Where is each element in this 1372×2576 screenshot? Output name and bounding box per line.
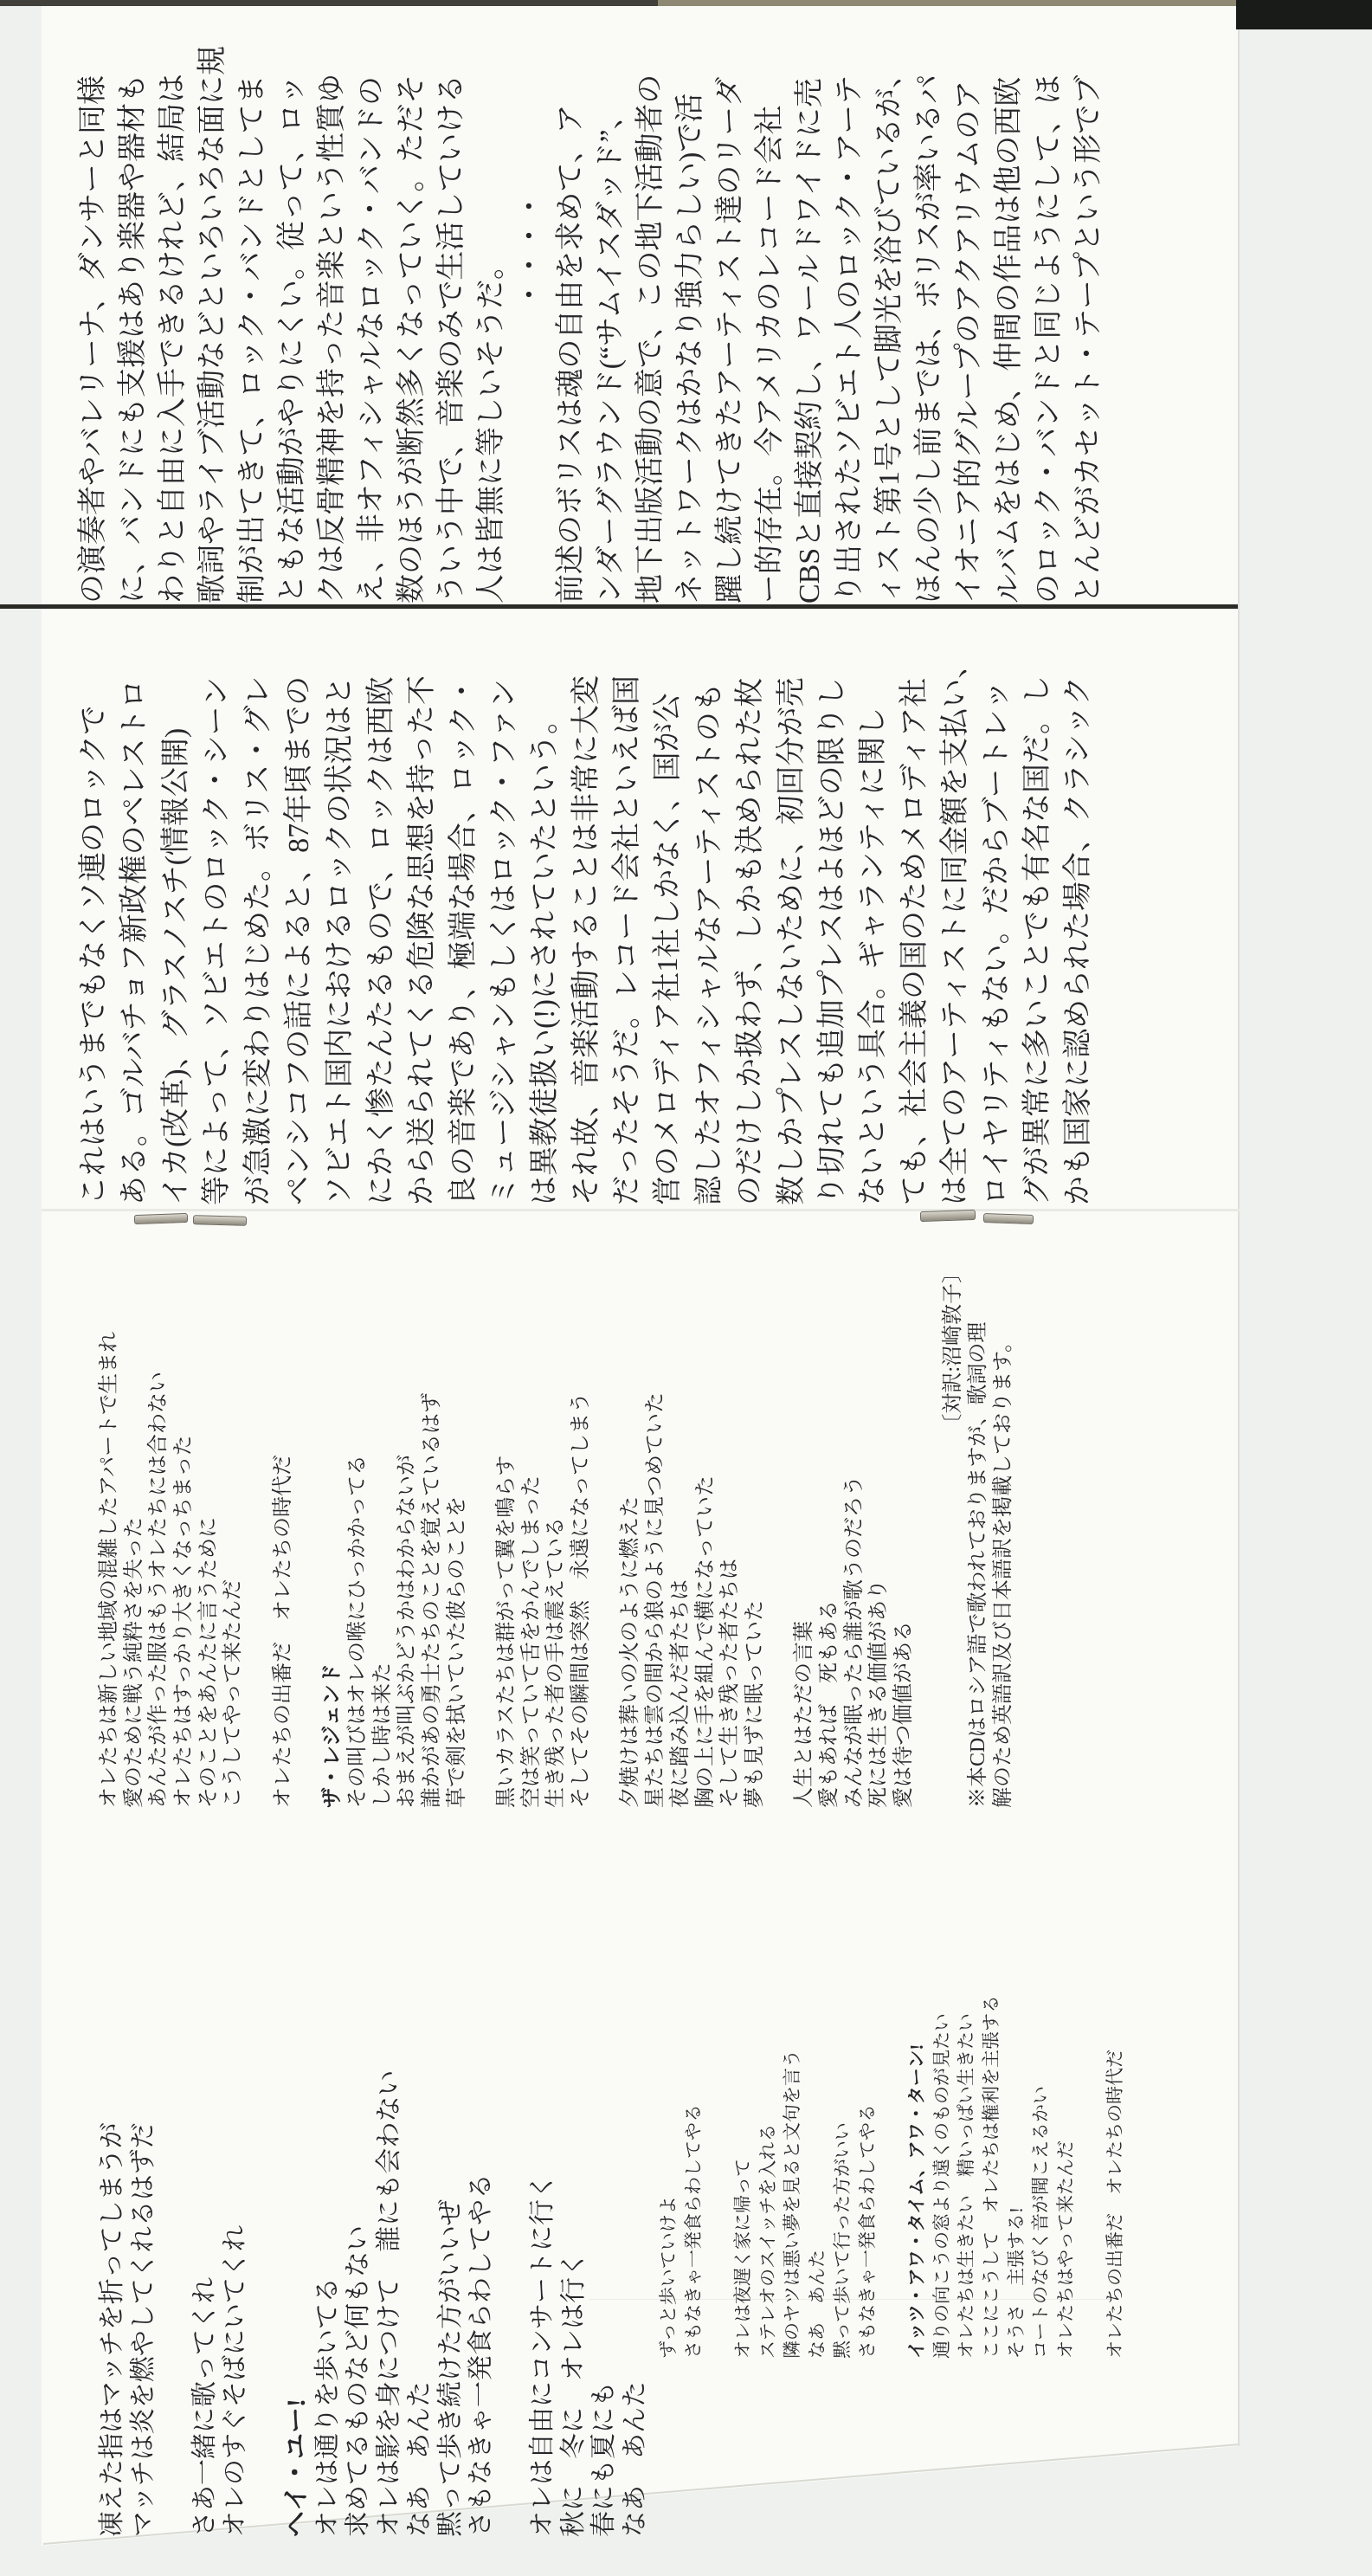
song-title-line: ヘイ・ユー!	[281, 1935, 312, 2537]
text-line: あんたが作った服はもうオレたちには合わない	[146, 1262, 171, 1808]
text-line: 愛もあれば 死もある	[817, 1262, 842, 1808]
text-line: オレたちは生きたい 精いっぱい生きたい	[954, 1938, 979, 2359]
text-line	[251, 1935, 282, 2537]
text-line: 認したオフィシャルなアーティストのも	[689, 621, 730, 1205]
page7-notes-text: の演奏者やバレリーナ、ダンサーと同様に、バンドにも支援はあり楽器や器材もわりと自…	[74, 65, 1109, 604]
scan-top-edge-tan	[658, 0, 1236, 6]
text-line: 愛は待つ価値がある	[892, 1262, 917, 1808]
text-line: そしてその瞬間は突然 永遠になってしまう	[569, 1262, 594, 1808]
text-line	[469, 1262, 494, 1808]
text-line: ステレオのスイッチを入れる	[756, 1938, 781, 2359]
scanned-booklet-page: { "document": { "type": "scanned CD book…	[0, 0, 1372, 2576]
text-line	[705, 1938, 731, 2359]
text-line: それ故、音楽活動することは非常に大変	[566, 621, 607, 1205]
text-line: 誰かがあの勇士たちのことを覚えているはず	[420, 1262, 445, 1808]
text-line: 秋に 冬に オレは行く	[558, 1935, 589, 2537]
scan-top-edge-dark	[0, 0, 658, 6]
text-line: ほんの少し前までは、ボリスが率いるパ	[910, 65, 950, 604]
text-line: ともな活動がやりにくい。従って、ロッ	[273, 65, 312, 604]
sheet-right-seam	[1238, 29, 1240, 2446]
text-line: り出されたソビエト人のロック・アーテ	[830, 65, 870, 604]
text-line: オレのすぐそばにいてくれ	[220, 1935, 251, 2537]
lyrics-column1-right-text: ずっと歩いていけよさもなきゃ一発食らわしてやる オレは夜遅く家に帰ってステレオの…	[656, 1938, 1129, 2359]
text-line: さもなきゃ一発食らわしてやる	[466, 1935, 497, 2537]
text-line: は全てのアーティストに同金額を支払い、	[935, 621, 976, 1205]
text-line: クは反骨精神を持った音楽という性質ゆ	[312, 65, 352, 604]
staple	[983, 1213, 1034, 1224]
staple	[193, 1215, 247, 1226]
text-line: 人は皆無に等しいそうだ。	[472, 65, 512, 604]
text-line: ここにこうして オレたちは権利を主張する	[979, 1938, 1004, 2359]
text-line: ペンシコフの話によると、87年頃までの	[279, 621, 319, 1205]
text-line: 数のほうが断然多くなっていく。ただそ	[392, 65, 432, 604]
text-line: 生き残った者の手は震えている	[544, 1262, 569, 1808]
text-line: 夢も見ずに眠っていた	[743, 1262, 768, 1808]
text-line: オレは自由にコンサートに行く	[527, 1935, 558, 2537]
text-line: 歌詞やライブ活動などといろいろな面に規	[193, 65, 233, 604]
text-line: 春にも夏にも	[589, 1935, 620, 2537]
text-line: ー的存在。今アメリカのレコード会社	[750, 65, 790, 604]
text-line: おまえが叫ぶかどうかはわからないが	[395, 1262, 420, 1808]
text-line: にかく惨たんたるもので、ロックは西欧	[361, 621, 402, 1205]
text-line	[158, 1935, 190, 2537]
text-line: こうしてやって来たんだ	[221, 1262, 246, 1808]
text-line: これはいうまでもなくソ連のロックで	[74, 621, 114, 1205]
text-line: オレは影を身につけて 誰にも会わない	[374, 1935, 405, 2537]
text-line	[497, 1935, 528, 2537]
text-line: ういう中で、音楽のみで生活していける	[432, 65, 472, 604]
staple	[134, 1213, 188, 1224]
text-line: さもなきゃ一発食らわしてやる	[681, 1938, 706, 2359]
text-line: そのことをあんたに言うために	[196, 1262, 222, 1808]
text-line: 黙って歩き続けた方がいいぜ	[435, 1935, 467, 2537]
text-line: のロック・バンドと同じようにして、ほ	[1029, 65, 1069, 604]
text-line: ずっと歩いていけよ	[656, 1938, 681, 2359]
fold-shadow	[42, 1209, 1240, 1211]
lyrics-column2-text: オレたちは新しい地域の混雑したアパートで生まれ愛のために戦う純粋さを失ったあんた…	[97, 1262, 1016, 1808]
text-line: のだけしか扱わず、しかも決められた枚	[730, 621, 770, 1205]
text-line: なあ あんた	[620, 1935, 651, 2537]
text-line: とんどがカセット・テープという形でブ	[1069, 65, 1109, 604]
text-line: 空は笑っていて舌をかんでしまった	[519, 1262, 544, 1808]
text-line: 求めてるものなど何もない	[343, 1935, 374, 2537]
text-line: 黙って歩いて行った方がいい	[830, 1938, 855, 2359]
text-line: しかし時は来た	[370, 1262, 396, 1808]
text-line	[1079, 1938, 1104, 2359]
text-line: なあ あんた	[404, 1935, 435, 2537]
text-line: 躍し続けてきたアーティスト達のリーダ	[711, 65, 750, 604]
text-line	[879, 1938, 905, 2359]
text-line: 制が出てきて、ロック・バンドとしてま	[233, 65, 273, 604]
text-line: 人生とはただの言葉	[792, 1262, 817, 1808]
text-line: 凍えた指はマッチを折ってしまうが	[97, 1935, 128, 2537]
text-line: グが異常に多いことでも有名な国だ。し	[1017, 621, 1058, 1205]
text-line: みんなが眠ったら誰が歌うのだろう	[842, 1262, 867, 1808]
text-line: が急激に変わりはじめた。ボリス・グレ	[238, 621, 279, 1205]
text-line: ロイヤリティもない。だからブートレッ	[976, 621, 1017, 1205]
text-line: だったそうだ。レコード会社といえば国	[607, 621, 647, 1205]
text-line: オレは夜遅く家に帰って	[731, 1938, 756, 2359]
scan-corner-black-strip	[1236, 0, 1372, 29]
text-line: そして生き残った者たちは	[718, 1262, 743, 1808]
text-line: 解のため英語訳及び日本語訳を掲載しております。	[991, 1262, 1016, 1808]
text-line: 胸の上に手を組んで横になっていた	[693, 1262, 718, 1808]
text-line: 良の音楽であり、極端な場合、ロック・	[443, 621, 484, 1205]
text-line	[594, 1262, 619, 1808]
lyrics-column1-left-text: 凍えた指はマッチを折ってしまうがマッチは炎を燃やしてくれるはずだ さあ一緒に歌っ…	[97, 1935, 651, 2537]
text-line	[917, 1262, 942, 1808]
text-line	[246, 1262, 271, 1808]
text-line: CBSと直接契約し、ワールドワイドに売	[790, 65, 830, 604]
text-line: 夕焼けは葬いの火のように燃えた	[618, 1262, 643, 1808]
text-line: オレたちの出番だ オレたちの時代だ	[271, 1262, 296, 1808]
text-line: なあ あんた	[805, 1938, 830, 2359]
text-line	[768, 1262, 793, 1808]
text-line: オレは通りを歩いてる	[312, 1935, 344, 2537]
text-line: ・・・・	[512, 65, 551, 604]
text-line: オレたちはやって来たんだ	[1053, 1938, 1079, 2359]
text-line: 地下出版活動の意で、この地下活動者の	[631, 65, 671, 604]
song-title-line: イッツ・アワ・タイム、アワ・ターン!	[905, 1938, 930, 2359]
text-line: さもなきゃ一発食らわしてやる	[855, 1938, 880, 2359]
text-line: ても、社会主義の国のためメロディア社	[894, 621, 935, 1205]
text-line	[296, 1262, 321, 1808]
staple	[920, 1210, 976, 1222]
text-line: わりと自由に入手できるけれど、結局は	[153, 65, 193, 604]
text-line: から送られてくる危険な思想を持った不	[402, 621, 442, 1205]
text-line: 通りの向こうの窓より遠くのものが見たい	[930, 1938, 955, 2359]
page7-bottom-edge-line	[0, 604, 1238, 609]
text-line: の演奏者やバレリーナ、ダンサーと同様	[74, 65, 113, 604]
text-line: コートのなびく音が聞こえるかい	[1028, 1938, 1053, 2359]
text-line: 等によって、ソビエトのロック・シーン	[196, 621, 237, 1205]
text-line: 夜に踏み込んだ者たちは	[668, 1262, 693, 1808]
text-line: イオニア的グループのアクアリウムのア	[950, 65, 989, 604]
page6-notes-text: これはいうまでもなくソ連のロックである。ゴルバチョフ新政権のペレストロイカ(改革…	[74, 621, 1099, 1205]
text-line: ィスト第1号として脚光を浴びているが、	[870, 65, 910, 604]
text-line: 愛のために戦う純粋さを失った	[122, 1262, 147, 1808]
text-line: 隣のヤツは悪い夢を見ると文句を言う	[780, 1938, 805, 2359]
text-line: 草で剣を拭いていた彼らのことを	[445, 1262, 470, 1808]
text-line: ンダーグラウンド(“サムイスダッド”、	[591, 65, 631, 604]
text-line: ※本CDはロシア語で歌われておりますが、歌詞の理	[966, 1262, 991, 1808]
text-line: 黒いカラスたちは群がって翼を鳴らす	[494, 1262, 519, 1808]
text-line: ルバムをはじめ、仲間の作品は他の西欧	[989, 65, 1029, 604]
text-line: オレたちはすっかり大きくなっちまった	[171, 1262, 196, 1808]
text-line: ミュージシャンもしくはロック・ファン	[484, 621, 525, 1205]
text-line: イカ(改革)、グラスノスチ(情報公開)	[156, 621, 196, 1205]
text-line: その叫びはオレの喉にひっかかってる	[345, 1262, 370, 1808]
text-line: り切れても追加プレスはよほどの限りし	[812, 621, 853, 1205]
text-line: 前述のボリスは魂の自由を求めて、ア	[551, 65, 591, 604]
text-line: え、非オフィシャルなロック・バンドの	[352, 65, 392, 604]
text-line: そうさ 主張する!	[1004, 1938, 1029, 2359]
text-line: 数しかプレスしないために、初回分が売	[771, 621, 812, 1205]
song-title-line: ザ・レジェンド	[320, 1262, 345, 1808]
text-line: ソビエト国内におけるロックの状況はと	[319, 621, 360, 1205]
text-line: オレたちの出番だ オレたちの時代だ	[1103, 1938, 1128, 2359]
credit-line: 〔対訳:沼崎敦子〕	[941, 1262, 966, 1808]
text-line: 死には生きる価値があり	[866, 1262, 892, 1808]
text-line: ネットワークはかなり強力らしい)で活	[671, 65, 711, 604]
text-line: マッチは炎を燃やしてくれるはずだ	[128, 1935, 159, 2537]
text-line: オレたちは新しい地域の混雑したアパートで生まれ	[97, 1262, 122, 1808]
text-line: 星たちは雲の間から狼のように見つめていた	[643, 1262, 668, 1808]
text-line: かも国家に認められた場合、クラシック	[1058, 621, 1098, 1205]
text-line: さあ一緒に歌ってくれ	[190, 1935, 221, 2537]
text-line: 営のメロディア社1社しかなく、国が公	[647, 621, 688, 1205]
text-line: ないという具合。ギャランティに関し	[853, 621, 893, 1205]
text-line: に、バンドにも支援はあり楽器や器材も	[113, 65, 153, 604]
text-line: ある。ゴルバチョフ新政権のペレストロ	[114, 621, 155, 1205]
text-line: は異教徒扱い(!)にされていたという。	[525, 621, 565, 1205]
